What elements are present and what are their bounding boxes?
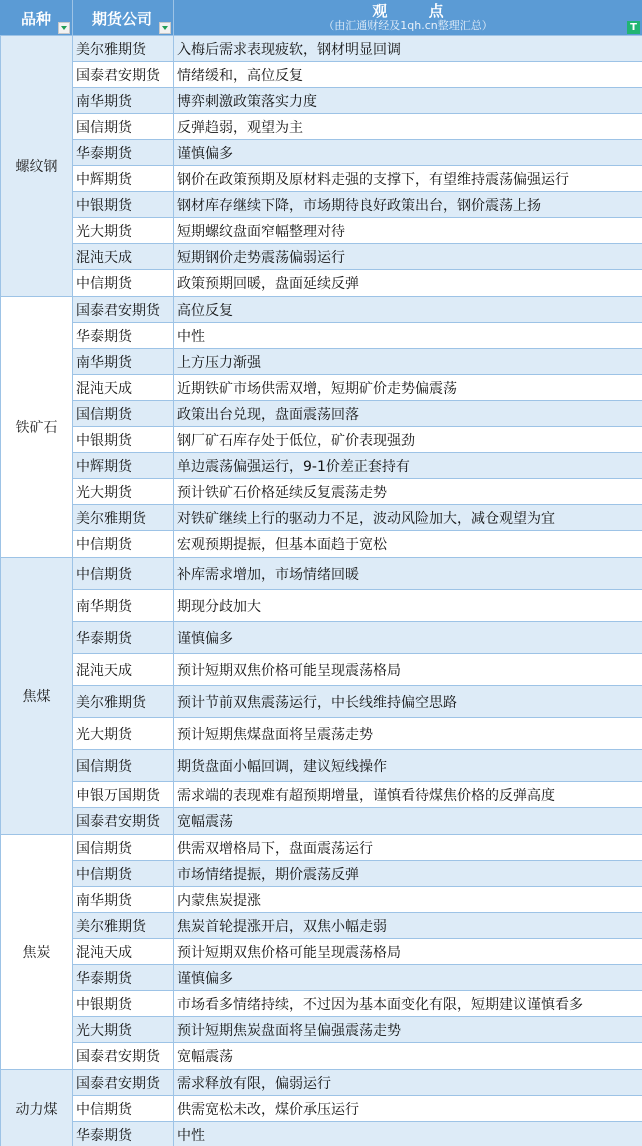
- table-row: 国泰君安期货需求释放有限，偏弱运行: [73, 1070, 642, 1096]
- view-cell: 政策预期回暖，盘面延续反弹: [174, 270, 642, 296]
- view-cell: 供需双增格局下，盘面震荡运行: [174, 835, 642, 860]
- company-cell: 中辉期货: [73, 453, 174, 478]
- company-cell: 中辉期货: [73, 166, 174, 191]
- group-coking-coal: 焦煤 中信期货补库需求增加，市场情绪回暖 南华期货期现分歧加大 华泰期货谨慎偏多…: [0, 558, 642, 835]
- filter-active-icon[interactable]: T: [627, 21, 640, 34]
- table-row: 光大期货预计短期焦炭盘面将呈偏强震荡走势: [73, 1017, 642, 1043]
- view-cell: 短期钢价走势震荡偏弱运行: [174, 244, 642, 269]
- table-row: 中信期货供需宽松未改，煤价承压运行: [73, 1096, 642, 1122]
- table-row: 国泰君安期货高位反复: [73, 297, 642, 323]
- view-cell: 预计铁矿石价格延续反复震荡走势: [174, 479, 642, 504]
- table-row: 光大期货预计铁矿石价格延续反复震荡走势: [73, 479, 642, 505]
- view-cell: 焦炭首轮提涨开启，双焦小幅走弱: [174, 913, 642, 938]
- company-cell: 国信期货: [73, 835, 174, 860]
- view-cell: 市场看多情绪持续，不过因为基本面变化有限，短期建议谨慎看多: [174, 991, 642, 1016]
- view-cell: 预计短期焦煤盘面将呈震荡走势: [174, 718, 642, 749]
- company-cell: 华泰期货: [73, 622, 174, 653]
- company-cell: 国信期货: [73, 401, 174, 426]
- table-row: 美尔雅期货预计节前双焦震荡运行，中长线维持偏空思路: [73, 686, 642, 718]
- view-cell: 近期铁矿市场供需双增，短期矿价走势偏震荡: [174, 375, 642, 400]
- table-row: 华泰期货谨慎偏多: [73, 140, 642, 166]
- view-cell: 短期螺纹盘面窄幅整理对待: [174, 218, 642, 243]
- table-row: 中信期货宏观预期提振，但基本面趋于宽松: [73, 531, 642, 557]
- table-row: 南华期货期现分歧加大: [73, 590, 642, 622]
- company-cell: 美尔雅期货: [73, 505, 174, 530]
- company-cell: 中银期货: [73, 427, 174, 452]
- view-cell: 政策出台兑现，盘面震荡回落: [174, 401, 642, 426]
- view-cell: 入梅后需求表现疲软，钢材明显回调: [174, 36, 642, 61]
- view-cell: 中性: [174, 323, 642, 348]
- table-row: 华泰期货中性: [73, 1122, 642, 1146]
- view-cell: 钢价在政策预期及原材料走强的支撑下，有望维持震荡偏强运行: [174, 166, 642, 191]
- company-cell: 中信期货: [73, 1096, 174, 1121]
- company-cell: 国泰君安期货: [73, 808, 174, 834]
- company-cell: 美尔雅期货: [73, 686, 174, 717]
- company-cell: 中银期货: [73, 192, 174, 217]
- table-row: 南华期货内蒙焦炭提涨: [73, 887, 642, 913]
- table-row: 华泰期货中性: [73, 323, 642, 349]
- view-cell: 预计短期焦炭盘面将呈偏强震荡走势: [174, 1017, 642, 1042]
- company-cell: 华泰期货: [73, 965, 174, 990]
- view-cell: 中性: [174, 1122, 642, 1146]
- category-cell: 动力煤: [0, 1070, 73, 1146]
- company-cell: 光大期货: [73, 718, 174, 749]
- filter-dropdown-icon[interactable]: [58, 22, 70, 34]
- view-cell: 预计短期双焦价格可能呈现震荡格局: [174, 654, 642, 685]
- table-row: 华泰期货谨慎偏多: [73, 965, 642, 991]
- view-cell: 钢材库存继续下降，市场期待良好政策出台，钢价震荡上扬: [174, 192, 642, 217]
- view-cell: 谨慎偏多: [174, 140, 642, 165]
- view-cell: 供需宽松未改，煤价承压运行: [174, 1096, 642, 1121]
- view-cell: 高位反复: [174, 297, 642, 322]
- company-cell: 国泰君安期货: [73, 1070, 174, 1095]
- table-row: 混沌天成近期铁矿市场供需双增，短期矿价走势偏震荡: [73, 375, 642, 401]
- view-cell: 对铁矿继续上行的驱动力不足，波动风险加大，减仓观望为宜: [174, 505, 642, 530]
- table-row: 南华期货上方压力渐强: [73, 349, 642, 375]
- company-cell: 美尔雅期货: [73, 36, 174, 61]
- category-cell: 焦煤: [0, 558, 73, 834]
- company-cell: 中信期货: [73, 558, 174, 589]
- filter-dropdown-icon[interactable]: [159, 22, 171, 34]
- view-cell: 宽幅震荡: [174, 808, 642, 834]
- header-company-label: 期货公司: [92, 8, 152, 29]
- table-row: 国泰君安期货情绪缓和，高位反复: [73, 62, 642, 88]
- company-cell: 光大期货: [73, 479, 174, 504]
- table-header: 品种 期货公司 观 点 （由汇通财经及1qh.cn整理汇总） T: [0, 0, 642, 36]
- company-cell: 华泰期货: [73, 140, 174, 165]
- table-row: 光大期货预计短期焦煤盘面将呈震荡走势: [73, 718, 642, 750]
- view-cell: 宽幅震荡: [174, 1043, 642, 1069]
- view-cell: 需求端的表现难有超预期增量，谨慎看待煤焦价格的反弹高度: [174, 782, 642, 807]
- company-cell: 中信期货: [73, 270, 174, 296]
- company-cell: 混沌天成: [73, 939, 174, 964]
- view-cell: 上方压力渐强: [174, 349, 642, 374]
- header-view-title: 观 点: [192, 0, 642, 19]
- header-company: 期货公司: [73, 0, 174, 35]
- view-cell: 内蒙焦炭提涨: [174, 887, 642, 912]
- company-cell: 国泰君安期货: [73, 1043, 174, 1069]
- table-row: 中信期货市场情绪提振，期价震荡反弹: [73, 861, 642, 887]
- table-row: 中信期货政策预期回暖，盘面延续反弹: [73, 270, 642, 296]
- company-cell: 混沌天成: [73, 654, 174, 685]
- company-cell: 华泰期货: [73, 323, 174, 348]
- company-cell: 华泰期货: [73, 1122, 174, 1146]
- company-cell: 国泰君安期货: [73, 297, 174, 322]
- table-row: 中信期货补库需求增加，市场情绪回暖: [73, 558, 642, 590]
- table-row: 华泰期货谨慎偏多: [73, 622, 642, 654]
- company-cell: 混沌天成: [73, 375, 174, 400]
- table-row: 美尔雅期货对铁矿继续上行的驱动力不足，波动风险加大，减仓观望为宜: [73, 505, 642, 531]
- table-row: 中银期货钢厂矿石库存处于低位，矿价表现强劲: [73, 427, 642, 453]
- table-row: 国信期货期货盘面小幅回调，建议短线操作: [73, 750, 642, 782]
- category-cell: 铁矿石: [0, 297, 73, 557]
- company-cell: 南华期货: [73, 590, 174, 621]
- view-cell: 单边震荡偏强运行，9-1价差正套持有: [174, 453, 642, 478]
- view-cell: 需求释放有限，偏弱运行: [174, 1070, 642, 1095]
- view-cell: 钢厂矿石库存处于低位，矿价表现强劲: [174, 427, 642, 452]
- view-cell: 反弹趋弱，观望为主: [174, 114, 642, 139]
- category-cell: 螺纹钢: [0, 36, 73, 296]
- company-cell: 南华期货: [73, 88, 174, 113]
- table-row: 中辉期货钢价在政策预期及原材料走强的支撑下，有望维持震荡偏强运行: [73, 166, 642, 192]
- view-cell: 期货盘面小幅回调，建议短线操作: [174, 750, 642, 781]
- company-cell: 南华期货: [73, 887, 174, 912]
- company-cell: 国泰君安期货: [73, 62, 174, 87]
- table-row: 国泰君安期货宽幅震荡: [73, 808, 642, 834]
- table-row: 混沌天成预计短期双焦价格可能呈现震荡格局: [73, 939, 642, 965]
- company-cell: 美尔雅期货: [73, 913, 174, 938]
- table-row: 混沌天成短期钢价走势震荡偏弱运行: [73, 244, 642, 270]
- company-cell: 国信期货: [73, 750, 174, 781]
- view-cell: 宏观预期提振，但基本面趋于宽松: [174, 531, 642, 557]
- table-row: 光大期货短期螺纹盘面窄幅整理对待: [73, 218, 642, 244]
- table-row: 南华期货博弈刺激政策落实力度: [73, 88, 642, 114]
- view-cell: 预计节前双焦震荡运行，中长线维持偏空思路: [174, 686, 642, 717]
- company-cell: 光大期货: [73, 218, 174, 243]
- header-category-label: 品种: [21, 8, 51, 29]
- view-cell: 市场情绪提振，期价震荡反弹: [174, 861, 642, 886]
- view-cell: 谨慎偏多: [174, 965, 642, 990]
- view-cell: 期现分歧加大: [174, 590, 642, 621]
- table-row: 国信期货政策出台兑现，盘面震荡回落: [73, 401, 642, 427]
- table-row: 中银期货市场看多情绪持续，不过因为基本面变化有限，短期建议谨慎看多: [73, 991, 642, 1017]
- table-row: 国泰君安期货宽幅震荡: [73, 1043, 642, 1069]
- futures-views-table: 品种 期货公司 观 点 （由汇通财经及1qh.cn整理汇总） T 螺纹钢 美尔雅…: [0, 0, 642, 1146]
- table-row: 混沌天成预计短期双焦价格可能呈现震荡格局: [73, 654, 642, 686]
- company-cell: 申银万国期货: [73, 782, 174, 807]
- group-thermal-coal: 动力煤 国泰君安期货需求释放有限，偏弱运行 中信期货供需宽松未改，煤价承压运行 …: [0, 1070, 642, 1146]
- company-cell: 南华期货: [73, 349, 174, 374]
- company-cell: 混沌天成: [73, 244, 174, 269]
- view-cell: 博弈刺激政策落实力度: [174, 88, 642, 113]
- table-row: 美尔雅期货焦炭首轮提涨开启，双焦小幅走弱: [73, 913, 642, 939]
- company-cell: 光大期货: [73, 1017, 174, 1042]
- company-cell: 中银期货: [73, 991, 174, 1016]
- table-row: 美尔雅期货入梅后需求表现疲软，钢材明显回调: [73, 36, 642, 62]
- table-row: 国信期货反弹趋弱，观望为主: [73, 114, 642, 140]
- header-view-subtitle: （由汇通财经及1qh.cn整理汇总）: [174, 19, 642, 32]
- header-view: 观 点 （由汇通财经及1qh.cn整理汇总） T: [174, 0, 642, 35]
- group-rebar: 螺纹钢 美尔雅期货入梅后需求表现疲软，钢材明显回调 国泰君安期货情绪缓和，高位反…: [0, 36, 642, 297]
- group-iron-ore: 铁矿石 国泰君安期货高位反复 华泰期货中性 南华期货上方压力渐强 混沌天成近期铁…: [0, 297, 642, 558]
- group-coke: 焦炭 国信期货供需双增格局下，盘面震荡运行 中信期货市场情绪提振，期价震荡反弹 …: [0, 835, 642, 1070]
- company-cell: 国信期货: [73, 114, 174, 139]
- table-row: 申银万国期货需求端的表现难有超预期增量，谨慎看待煤焦价格的反弹高度: [73, 782, 642, 808]
- company-cell: 中信期货: [73, 531, 174, 557]
- header-category: 品种: [0, 0, 73, 35]
- view-cell: 情绪缓和，高位反复: [174, 62, 642, 87]
- category-cell: 焦炭: [0, 835, 73, 1069]
- table-row: 国信期货供需双增格局下，盘面震荡运行: [73, 835, 642, 861]
- table-row: 中辉期货单边震荡偏强运行，9-1价差正套持有: [73, 453, 642, 479]
- company-cell: 中信期货: [73, 861, 174, 886]
- view-cell: 补库需求增加，市场情绪回暖: [174, 558, 642, 589]
- table-row: 中银期货钢材库存继续下降，市场期待良好政策出台，钢价震荡上扬: [73, 192, 642, 218]
- view-cell: 谨慎偏多: [174, 622, 642, 653]
- view-cell: 预计短期双焦价格可能呈现震荡格局: [174, 939, 642, 964]
